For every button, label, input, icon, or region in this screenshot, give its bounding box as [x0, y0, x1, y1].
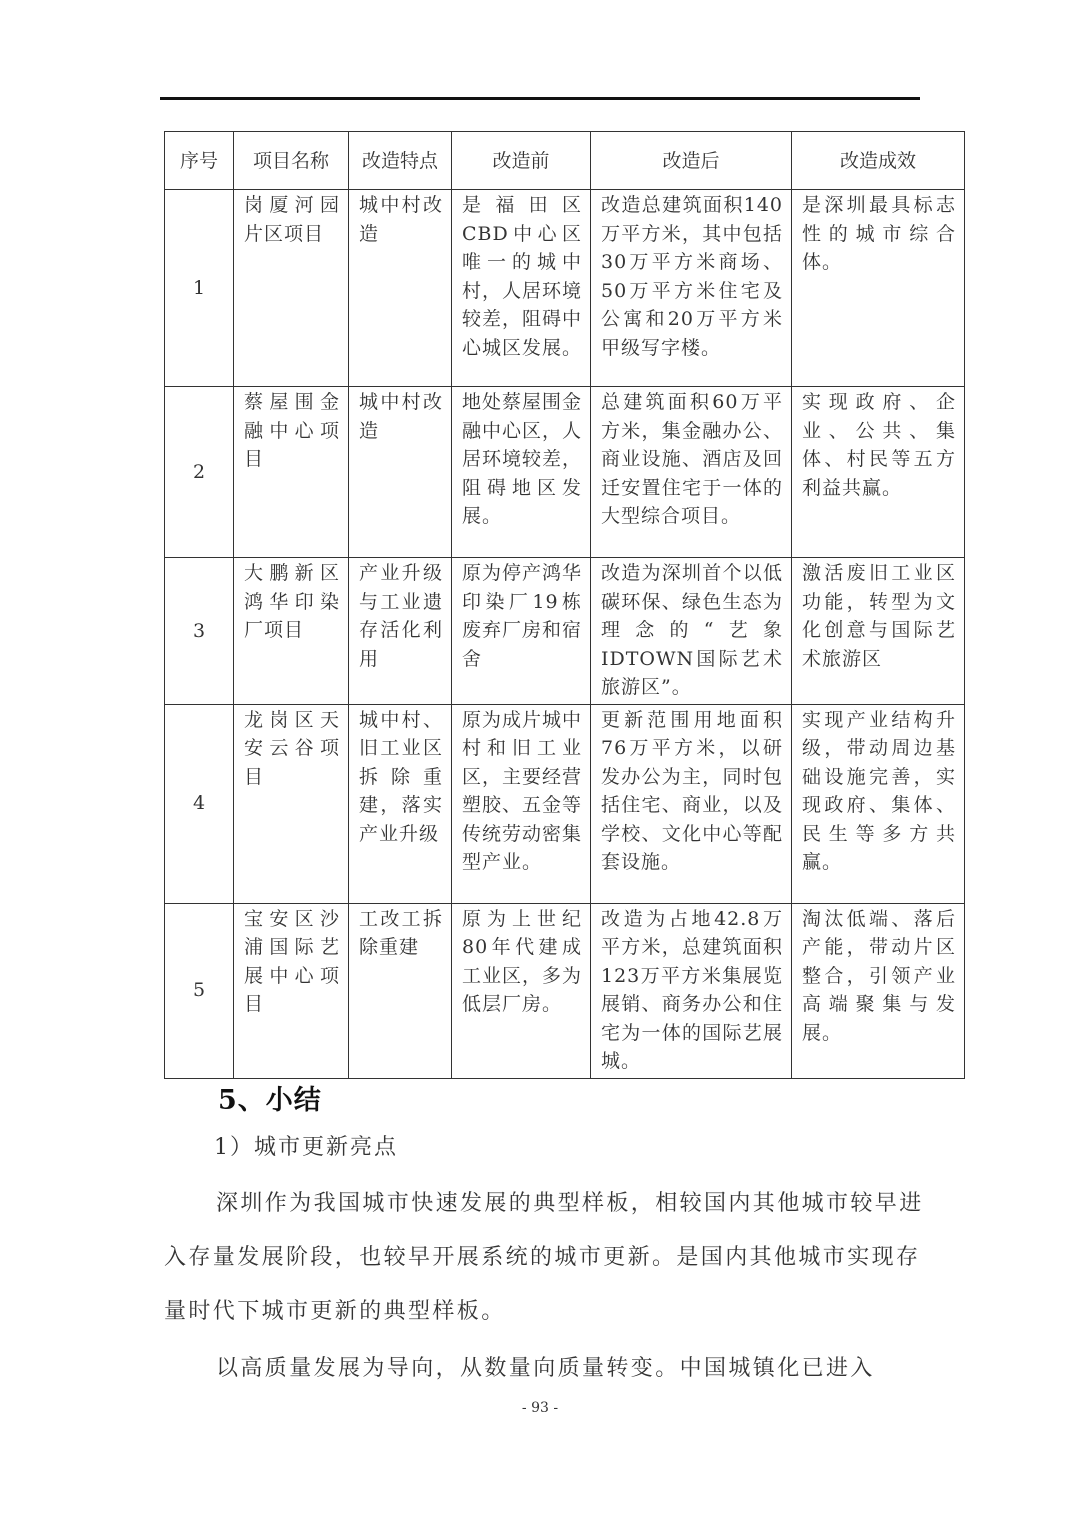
header-feature: 改造特点 — [349, 132, 452, 190]
row-name: 大鹏新区鸿华印染厂项目 — [234, 558, 349, 705]
section-title: 5、小结 — [218, 1078, 322, 1117]
row-before: 原为停产鸿华印染厂19栋废弃厂房和宿舍 — [452, 558, 591, 705]
header-rule — [160, 97, 920, 100]
row-after: 总建筑面积60万平方米，集金融办公、商业设施、酒店及回迁安置住宅于一体的大型综合… — [591, 387, 792, 558]
row-name: 蔡屋围金融中心项目 — [234, 387, 349, 558]
row-after: 改造为占地42.8万平方米，总建筑面积123万平方米集展览展销、商务办公和住宅为… — [591, 903, 792, 1078]
row-feature: 城中村改造 — [349, 387, 452, 558]
row-result: 实现政府、企业、公共、集体、村民等五方利益共赢。 — [792, 387, 965, 558]
row-before: 原为上世纪80年代建成工业区，多为低层厂房。 — [452, 903, 591, 1078]
row-no: 3 — [165, 558, 234, 705]
table-row: 3 大鹏新区鸿华印染厂项目 产业升级与工业遗存活化利用 原为停产鸿华印染厂19栋… — [165, 558, 965, 705]
header-name: 项目名称 — [234, 132, 349, 190]
row-after: 更新范围用地面积76万平方米，以研发办公为主，同时包括住宅、商业，以及学校、文化… — [591, 704, 792, 903]
header-after: 改造后 — [591, 132, 792, 190]
row-feature: 产业升级与工业遗存活化利用 — [349, 558, 452, 705]
table-row: 5 宝安区沙浦国际艺展中心项目 工改工拆除重建 原为上世纪80年代建成工业区，多… — [165, 903, 965, 1078]
header-result: 改造成效 — [792, 132, 965, 190]
row-name: 岗厦河园片区项目 — [234, 190, 349, 387]
row-result: 淘汰低端、落后产能，带动片区整合，引领产业高端聚集与发展。 — [792, 903, 965, 1078]
row-after: 改造为深圳首个以低碳环保、绿色生态为理念的“艺象IDTOWN国际艺术旅游区”。 — [591, 558, 792, 705]
row-name: 宝安区沙浦国际艺展中心项目 — [234, 903, 349, 1078]
header-no: 序号 — [165, 132, 234, 190]
row-feature: 工改工拆除重建 — [349, 903, 452, 1078]
row-result: 是深圳最具标志性的城市综合体。 — [792, 190, 965, 387]
section-subtitle: 1）城市更新亮点 — [214, 1130, 398, 1161]
row-before: 地处蔡屋围金融中心区，人居环境较差，阻碍地区发展。 — [452, 387, 591, 558]
row-no: 2 — [165, 387, 234, 558]
body-paragraph: 深圳作为我国城市快速发展的典型样板，相较国内其他城市较早进入存量发展阶段，也较早… — [164, 1177, 924, 1339]
row-after: 改造总建筑面积140万平方米，其中包括30万平方米商场、50万平方米住宅及公寓和… — [591, 190, 792, 387]
projects-table: 序号 项目名称 改造特点 改造前 改造后 改造成效 1 岗厦河园片区项目 城中村… — [164, 131, 965, 1079]
row-name: 龙岗区天安云谷项目 — [234, 704, 349, 903]
row-no: 4 — [165, 704, 234, 903]
row-feature: 城中村改造 — [349, 190, 452, 387]
row-no: 1 — [165, 190, 234, 387]
row-result: 实现产业结构升级，带动周边基础设施完善，实现政府、集体、民生等多方共赢。 — [792, 704, 965, 903]
table-row: 2 蔡屋围金融中心项目 城中村改造 地处蔡屋围金融中心区，人居环境较差，阻碍地区… — [165, 387, 965, 558]
table-row: 1 岗厦河园片区项目 城中村改造 是福田区CBD中心区唯一的城中村，人居环境较差… — [165, 190, 965, 387]
row-before: 是福田区CBD中心区唯一的城中村，人居环境较差，阻碍中心城区发展。 — [452, 190, 591, 387]
row-result: 激活废旧工业区功能，转型为文化创意与国际艺术旅游区 — [792, 558, 965, 705]
header-before: 改造前 — [452, 132, 591, 190]
table-header-row: 序号 项目名称 改造特点 改造前 改造后 改造成效 — [165, 132, 965, 190]
row-no: 5 — [165, 903, 234, 1078]
body-paragraph: 以高质量发展为导向，从数量向质量转变。中国城镇化已进入 — [164, 1342, 924, 1396]
table-row: 4 龙岗区天安云谷项目 城中村、旧工业区拆除重建，落实产业升级 原为成片城中村和… — [165, 704, 965, 903]
row-feature: 城中村、旧工业区拆除重建，落实产业升级 — [349, 704, 452, 903]
row-before: 原为成片城中村和旧工业区，主要经营塑胶、五金等传统劳动密集型产业。 — [452, 704, 591, 903]
page-number: - 93 - — [0, 1400, 1080, 1416]
